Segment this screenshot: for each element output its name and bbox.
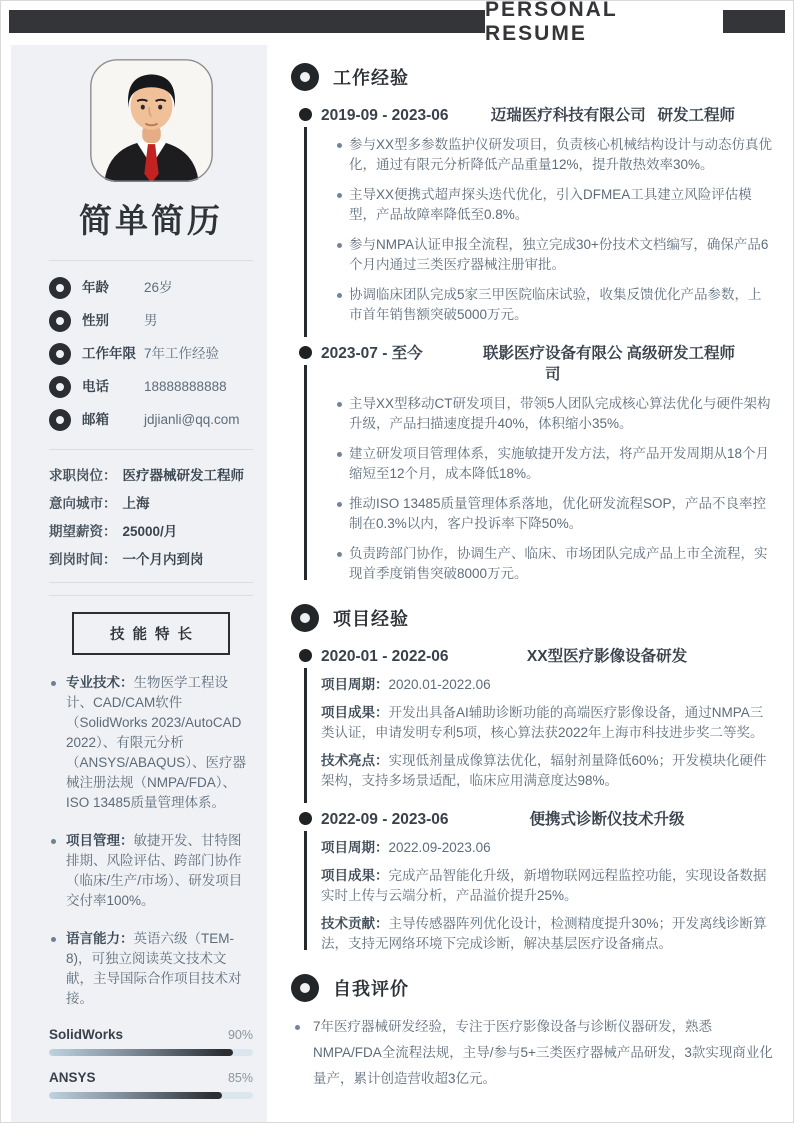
info-row-experience-years: 工作年限 7年工作经验 <box>49 343 253 365</box>
work-entry-2: 2023-07 - 至今 联影医疗设备有限公司 高级研发工程师 主导XX型移动C… <box>291 343 773 584</box>
skill-bar-track <box>49 1049 253 1056</box>
info-value: 7年工作经验 <box>144 343 253 365</box>
skill-item-label: 专业技术： <box>66 675 134 690</box>
donut-icon <box>49 376 71 398</box>
project-entry-2: 2022-09 - 2023-06 便携式诊断仪技术升级 项目周期：2022.0… <box>291 809 773 954</box>
project-name: XX型医疗影像设备研发 <box>479 646 735 667</box>
skill-item-label: 语言能力： <box>66 931 134 946</box>
info-row-gender: 性别 男 <box>49 310 253 332</box>
section-work-experience: 工作经验 2019-09 - 2023-06 迈瑞医疗科技有限公司 研发工程师 … <box>291 63 773 584</box>
project-row-result: 项目成果：开发出具备AI辅助诊断功能的高端医疗影像设备，通过NMPA三类认证，申… <box>321 703 773 743</box>
donut-icon <box>49 310 71 332</box>
section-title: 项目经验 <box>333 605 409 631</box>
project-date: 2022-09 - 2023-06 <box>321 809 479 830</box>
section-self-evaluation: 自我评价 7年医疗器械研发经验，专注于医疗影像设备与诊断仪器研发，熟悉NMPA/… <box>291 974 773 1092</box>
section-header: 自我评价 <box>291 974 773 1002</box>
info-value: 26岁 <box>144 277 253 299</box>
intent-row-position: 求职岗位： 医疗器械研发工程师 <box>49 466 253 486</box>
skill-bar-name: ANSYS <box>49 1070 96 1085</box>
skill-bar-percent: 85% <box>228 1071 253 1085</box>
info-label: 电话 <box>82 376 144 398</box>
project-row-label: 技术亮点： <box>321 753 389 768</box>
intent-value: 上海 <box>123 494 254 514</box>
project-row-period: 项目周期：2020.01-2022.06 <box>321 675 773 695</box>
info-value: jdjianli@qq.com <box>144 409 253 431</box>
donut-icon <box>49 409 71 431</box>
avatar <box>90 59 213 182</box>
section-donut-icon <box>291 63 319 91</box>
skill-bar-head: ANSYS 85% <box>49 1070 253 1085</box>
skill-bar-track <box>49 1092 253 1099</box>
info-label: 性别 <box>82 310 144 332</box>
info-label: 年龄 <box>82 277 144 299</box>
project-name: 便携式诊断仪技术升级 <box>479 809 735 830</box>
intent-value: 一个月内到岗 <box>123 550 254 570</box>
intent-row-salary: 期望薪资： 25000/月 <box>49 522 253 542</box>
work-company: 联影医疗设备有限公司 <box>479 343 626 385</box>
project-row-label: 项目周期： <box>321 677 389 692</box>
work-bullet-list: 参与XX型多参数监护仪研发项目，负责核心机械结构设计与动态仿真优化，通过有限元分… <box>321 135 773 325</box>
work-role: 高级研发工程师 <box>626 343 735 385</box>
project-row-text: 2020.01-2022.06 <box>389 677 491 692</box>
section-header: 工作经验 <box>291 63 773 91</box>
work-company: 迈瑞医疗科技有限公司 <box>479 105 657 126</box>
skill-item-text: 生物医学工程设计、CAD/CAM软件（SolidWorks 2023/AutoC… <box>66 675 246 810</box>
skills-list: 专业技术：生物医学工程设计、CAD/CAM软件（SolidWorks 2023/… <box>49 673 253 1009</box>
banner-title-box: PERSONAL RESUME <box>485 5 723 38</box>
skill-item-professional: 专业技术：生物医学工程设计、CAD/CAM软件（SolidWorks 2023/… <box>49 673 253 813</box>
top-banner-bar: PERSONAL RESUME <box>9 10 785 33</box>
project-row-result: 项目成果：完成产品智能化升级，新增物联网远程监控功能，实现设备数据实时上传与云端… <box>321 866 773 906</box>
sidebar-divider <box>49 449 253 450</box>
project-row-text: 完成产品智能化升级，新增物联网远程监控功能，实现设备数据实时上传与云端分析，产品… <box>321 868 767 903</box>
section-header: 项目经验 <box>291 604 773 632</box>
info-row-age: 年龄 26岁 <box>49 277 253 299</box>
skill-bar-ansys: ANSYS 85% <box>49 1070 253 1099</box>
timeline-line <box>304 127 307 337</box>
timeline-dot-icon <box>299 812 312 825</box>
personal-info-list: 年龄 26岁 性别 男 工作年限 7年工作经验 电话 18888888888 邮… <box>49 277 253 431</box>
project-entry-head: 2020-01 - 2022-06 XX型医疗影像设备研发 <box>321 646 773 667</box>
intent-label: 求职岗位： <box>49 466 117 486</box>
sidebar-divider <box>49 582 253 583</box>
sidebar-divider <box>49 595 253 596</box>
section-title: 自我评价 <box>333 975 409 1001</box>
skill-bar-solidworks: SolidWorks 90% <box>49 1027 253 1056</box>
work-date: 2023-07 - 至今 <box>321 343 479 385</box>
info-value: 18888888888 <box>144 376 253 398</box>
info-value: 男 <box>144 310 253 332</box>
project-row-text: 实现低剂量成像算法优化，辐射剂量降低60%；开发模块化硬件架构，支持多场景适配，… <box>321 753 767 788</box>
project-entry-head: 2022-09 - 2023-06 便携式诊断仪技术升级 <box>321 809 773 830</box>
work-bullet: 负责跨部门协作，协调生产、临床、市场团队完成产品上市全流程，实现首季度销售突破8… <box>321 544 773 584</box>
banner-title: PERSONAL RESUME <box>485 0 723 46</box>
project-date: 2020-01 - 2022-06 <box>321 646 479 667</box>
info-label: 邮箱 <box>82 409 144 431</box>
work-bullet: 参与XX型多参数监护仪研发项目，负责核心机械结构设计与动态仿真优化，通过有限元分… <box>321 135 773 175</box>
project-row-highlight: 技术亮点：实现低剂量成像算法优化，辐射剂量降低60%；开发模块化硬件架构，支持多… <box>321 751 773 791</box>
work-entries: 2019-09 - 2023-06 迈瑞医疗科技有限公司 研发工程师 参与XX型… <box>291 105 773 584</box>
intent-value: 25000/月 <box>123 522 254 542</box>
evaluation-bullet: 7年医疗器械研发经验，专注于医疗影像设备与诊断仪器研发，熟悉NMPA/FDA全流… <box>291 1014 773 1092</box>
timeline-dot-icon <box>299 346 312 359</box>
project-row-text: 2022.09-2023.06 <box>389 840 491 855</box>
intent-row-city: 意向城市： 上海 <box>49 494 253 514</box>
timeline-line <box>304 668 307 803</box>
skill-bar-fill <box>49 1049 233 1056</box>
resume-name-title: 简单简历 <box>49 195 253 242</box>
skills-section-title: 技能特长 <box>110 627 200 643</box>
evaluation-bullet-list: 7年医疗器械研发经验，专注于医疗影像设备与诊断仪器研发，熟悉NMPA/FDA全流… <box>291 1014 773 1092</box>
section-title: 工作经验 <box>333 64 409 90</box>
intent-label: 期望薪资： <box>49 522 117 542</box>
intent-row-availability: 到岗时间： 一个月内到岗 <box>49 550 253 570</box>
work-bullet-list: 主导XX型移动CT研发项目，带领5人团队完成核心算法优化与硬件架构升级，产品扫描… <box>321 394 773 584</box>
work-role: 研发工程师 <box>657 105 735 126</box>
timeline-line <box>304 831 307 950</box>
info-row-email: 邮箱 jdjianli@qq.com <box>49 409 253 431</box>
skill-bar-fill <box>49 1092 222 1099</box>
project-row-label: 项目成果： <box>321 705 389 720</box>
sidebar-divider <box>49 260 253 261</box>
project-row-label: 项目周期： <box>321 840 389 855</box>
project-row-contribution: 技术贡献：主导传感器阵列优化设计，检测精度提升30%；开发离线诊断算法，支持无网… <box>321 914 773 954</box>
timeline-dot-icon <box>299 108 312 121</box>
info-row-phone: 电话 18888888888 <box>49 376 253 398</box>
skills-section-box: 技能特长 <box>72 612 230 655</box>
info-label: 工作年限 <box>82 343 144 365</box>
intent-value: 医疗器械研发工程师 <box>123 466 254 486</box>
timeline-line <box>304 365 307 580</box>
intent-label: 意向城市： <box>49 494 117 514</box>
skill-bar-head: SolidWorks 90% <box>49 1027 253 1042</box>
work-date: 2019-09 - 2023-06 <box>321 105 479 126</box>
project-entries: 2020-01 - 2022-06 XX型医疗影像设备研发 项目周期：2020.… <box>291 646 773 954</box>
job-intent-list: 求职岗位： 医疗器械研发工程师 意向城市： 上海 期望薪资： 25000/月 到… <box>49 466 253 570</box>
avatar-illustration <box>90 59 213 182</box>
skill-bar-name: SolidWorks <box>49 1027 123 1042</box>
timeline-dot-icon <box>299 649 312 662</box>
skill-bar-percent: 90% <box>228 1028 253 1042</box>
section-project-experience: 项目经验 2020-01 - 2022-06 XX型医疗影像设备研发 项目周期：… <box>291 604 773 954</box>
work-entry-1: 2019-09 - 2023-06 迈瑞医疗科技有限公司 研发工程师 参与XX型… <box>291 105 773 325</box>
work-bullet: 推动ISO 13485质量管理体系落地，优化研发流程SOP，产品不良率控制在0.… <box>321 494 773 534</box>
intent-label: 到岗时间： <box>49 550 117 570</box>
resume-page: PERSONAL RESUME <box>0 0 794 1123</box>
project-entry-1: 2020-01 - 2022-06 XX型医疗影像设备研发 项目周期：2020.… <box>291 646 773 791</box>
skill-item-label: 项目管理： <box>66 833 134 848</box>
work-bullet: 协调临床团队完成5家三甲医院临床试验，收集反馈优化产品参数，上市首年销售额突破5… <box>321 285 773 325</box>
work-bullet: 建立研发项目管理体系，实施敏捷开发方法，将产品开发周期从18个月缩短至12个月，… <box>321 444 773 484</box>
work-entry-head: 2019-09 - 2023-06 迈瑞医疗科技有限公司 研发工程师 <box>321 105 773 126</box>
donut-icon <box>49 343 71 365</box>
skill-item-project-management: 项目管理：敏捷开发、甘特图排期、风险评估、跨部门协作（临床/生产/市场）、研发项… <box>49 831 253 911</box>
project-row-label: 技术贡献： <box>321 916 389 931</box>
sidebar: 简单简历 年龄 26岁 性别 男 工作年限 7年工作经验 电话 1888888 <box>11 45 267 1122</box>
work-bullet: 参与NMPA认证申报全流程，独立完成30+份技术文档编写，确保产品6个月内通过三… <box>321 235 773 275</box>
work-bullet: 主导XX型移动CT研发项目，带领5人团队完成核心算法优化与硬件架构升级，产品扫描… <box>321 394 773 434</box>
main-column: 工作经验 2019-09 - 2023-06 迈瑞医疗科技有限公司 研发工程师 … <box>291 63 773 1112</box>
section-donut-icon <box>291 604 319 632</box>
donut-icon <box>49 277 71 299</box>
work-entry-head: 2023-07 - 至今 联影医疗设备有限公司 高级研发工程师 <box>321 343 773 385</box>
skill-item-language: 语言能力：英语六级（TEM-8)，可独立阅读英文技术文献，主导国际合作项目技术对… <box>49 929 253 1009</box>
project-row-label: 项目成果： <box>321 868 389 883</box>
project-row-text: 主导传感器阵列优化设计，检测精度提升30%；开发离线诊断算法，支持无网络环境下完… <box>321 916 767 951</box>
work-bullet: 主导XX便携式超声探头迭代优化，引入DFMEA工具建立风险评估模型，产品故障率降… <box>321 185 773 225</box>
project-row-period: 项目周期：2022.09-2023.06 <box>321 838 773 858</box>
section-donut-icon <box>291 974 319 1002</box>
